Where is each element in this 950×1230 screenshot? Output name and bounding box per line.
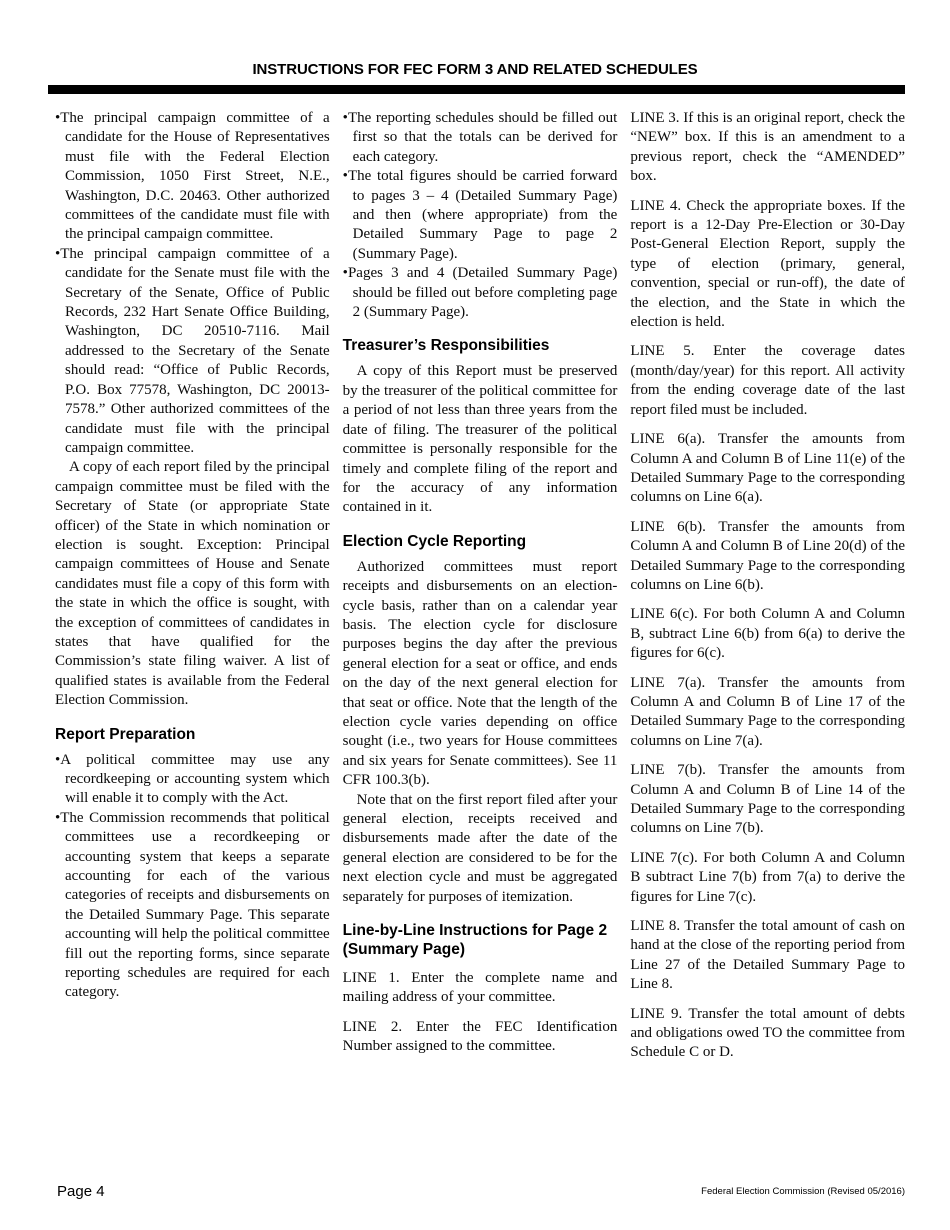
instruction-line-5: LINE 5. Enter the coverage dates (month/…	[630, 342, 905, 420]
column-left: The principal campaign committee of a ca…	[55, 109, 330, 1063]
bullet-recordkeeping-system: A political committee may use any record…	[55, 751, 330, 809]
instruction-line-8: LINE 8. Transfer the total amount of cas…	[630, 917, 905, 995]
section-heading-treasurer: Treasurer’s Responsibilities	[343, 336, 618, 355]
instruction-line-6c: LINE 6(c). For both Column A and Column …	[630, 605, 905, 663]
column-right: LINE 3. If this is an original report, c…	[630, 109, 905, 1063]
bullet-house-filing: The principal campaign committee of a ca…	[55, 109, 330, 245]
document-page: INSTRUCTIONS FOR FEC FORM 3 AND RELATED …	[0, 0, 950, 1230]
text-columns: The principal campaign committee of a ca…	[55, 109, 905, 1063]
instruction-line-7b: LINE 7(b). Transfer the amounts from Col…	[630, 761, 905, 839]
bullet-pages-order: Pages 3 and 4 (Detailed Summary Page) sh…	[343, 264, 618, 322]
paragraph-election-cycle-basis: Authorized committees must report receip…	[343, 558, 618, 791]
bullet-senate-filing: The principal campaign committee of a ca…	[55, 245, 330, 458]
bullet-schedules-first: The reporting schedules should be filled…	[343, 109, 618, 167]
page-title: INSTRUCTIONS FOR FEC FORM 3 AND RELATED …	[0, 61, 950, 78]
instruction-line-6b: LINE 6(b). Transfer the amounts from Col…	[630, 518, 905, 596]
instruction-line-7c: LINE 7(c). For both Column A and Column …	[630, 849, 905, 907]
section-heading-report-preparation: Report Preparation	[55, 725, 330, 744]
column-middle: The reporting schedules should be filled…	[343, 109, 618, 1063]
instruction-line-7a: LINE 7(a). Transfer the amounts from Col…	[630, 674, 905, 752]
instruction-line-3: LINE 3. If this is an original report, c…	[630, 109, 905, 187]
instruction-line-6a: LINE 6(a). Transfer the amounts from Col…	[630, 430, 905, 508]
paragraph-state-copy: A copy of each report filed by the princ…	[55, 458, 330, 710]
instruction-line-1: LINE 1. Enter the complete name and mail…	[343, 969, 618, 1008]
revision-note: Federal Election Commission (Revised 05/…	[701, 1186, 905, 1197]
section-heading-election-cycle: Election Cycle Reporting	[343, 532, 618, 551]
page-number: Page 4	[57, 1183, 105, 1200]
section-heading-line-by-line: Line-by-Line Instructions for Page 2 (Su…	[343, 921, 618, 959]
header-rule	[48, 85, 905, 94]
bullet-totals-forward: The total figures should be carried forw…	[343, 167, 618, 264]
paragraph-treasurer-duties: A copy of this Report must be preserved …	[343, 362, 618, 517]
bullet-commission-recommends: The Commission recommends that political…	[55, 809, 330, 1003]
paragraph-first-report-after-election: Note that on the first report filed afte…	[343, 791, 618, 907]
instruction-line-9: LINE 9. Transfer the total amount of deb…	[630, 1005, 905, 1063]
instruction-line-2: LINE 2. Enter the FEC Identification Num…	[343, 1018, 618, 1057]
instruction-line-4: LINE 4. Check the appropriate boxes. If …	[630, 197, 905, 333]
